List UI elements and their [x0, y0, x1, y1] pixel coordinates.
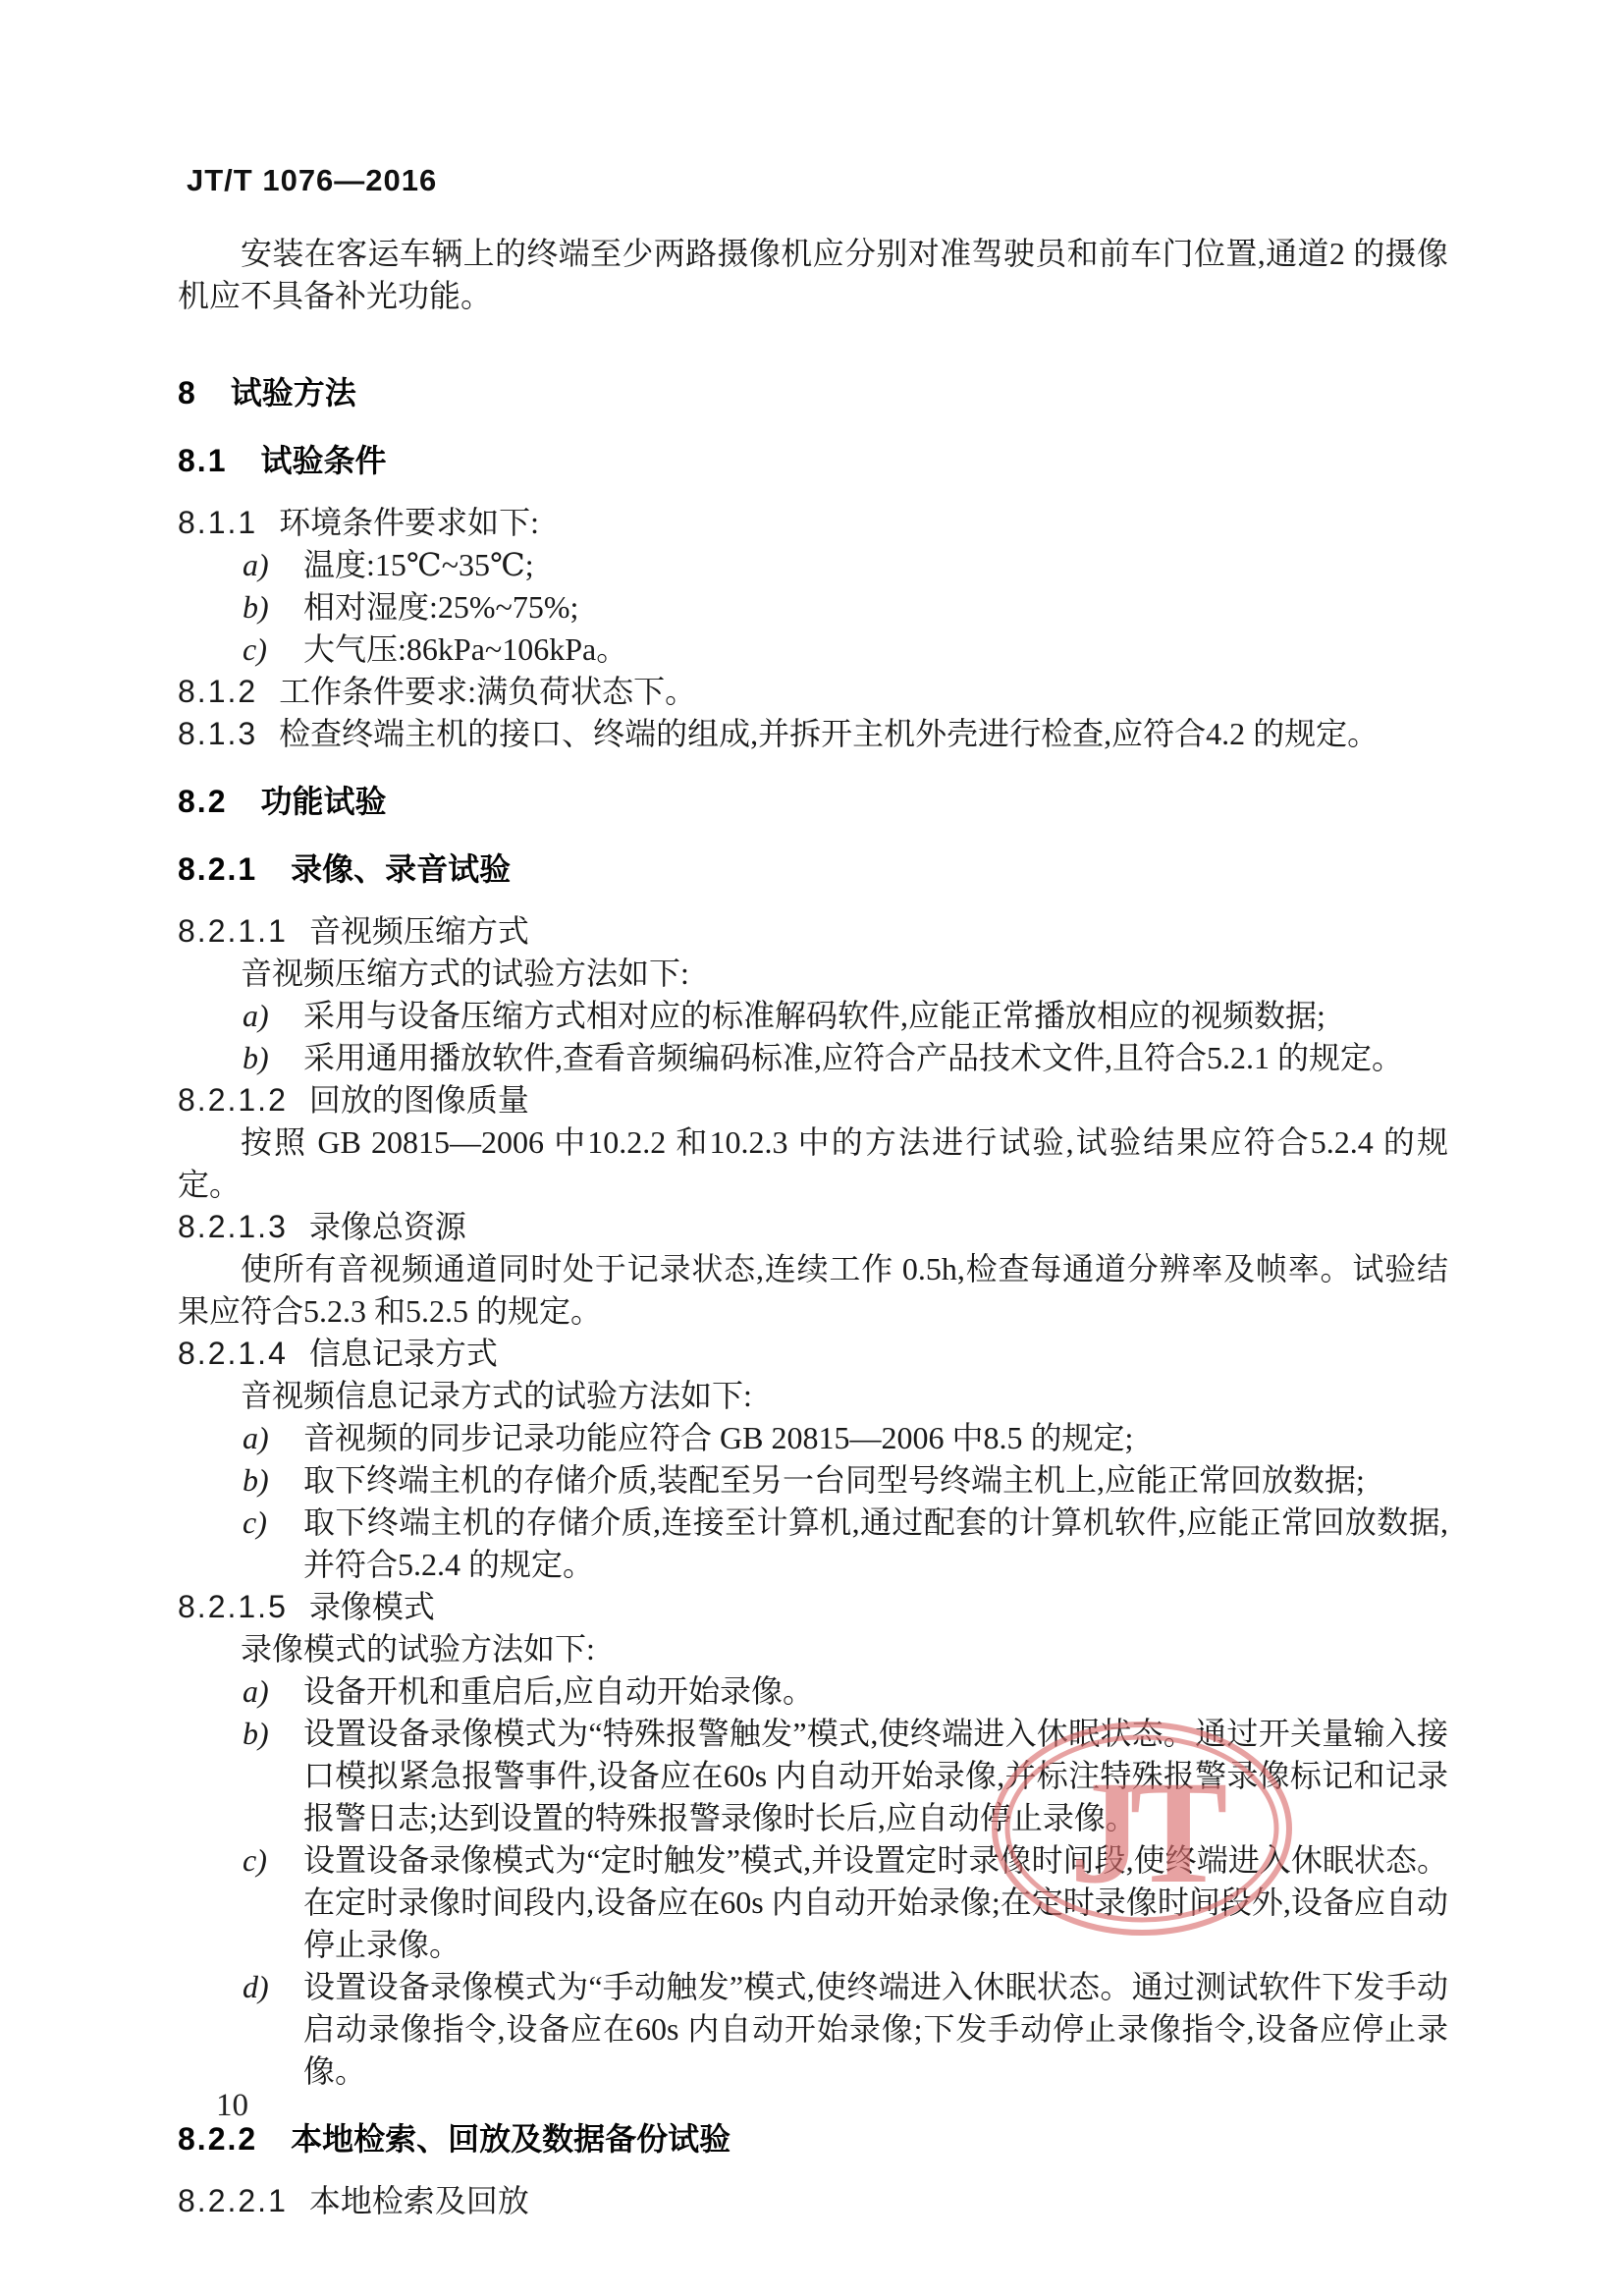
list-item-text: 设备开机和重启后,应自动开始录像。: [303, 1673, 814, 1709]
section-number: 8.1: [178, 440, 227, 482]
list-item-marker: a): [243, 544, 269, 586]
section-number: 8.2.1.2: [178, 1079, 288, 1121]
list-item-marker: a): [243, 995, 269, 1037]
list-item-text: 相对湿度:25%~75%;: [303, 589, 578, 625]
list-item-text: 温度:15℃~35℃;: [303, 547, 534, 582]
list-item: c)设置设备录像模式为“定时触发”模式,并设置定时录像时间段,使终端进入休眠状态…: [178, 1839, 1448, 1966]
section-title: 环境条件要求如下:: [279, 505, 539, 540]
document-body: 安装在客运车辆上的终端至少两路摄像机应分别对准驾驶员和前车门位置,通道2 的摄像…: [178, 233, 1448, 2222]
list-item-marker: b): [243, 1713, 269, 1755]
section-number: 8.1.1: [178, 502, 257, 544]
section-heading-8.2.1.2: 8.2.1.2回放的图像质量: [178, 1079, 1448, 1121]
section-heading-8.2.1: 8.2.1录像、录音试验: [178, 848, 1448, 891]
list-item-marker: d): [243, 1966, 269, 2008]
list-item: c)取下终端主机的存储介质,连接至计算机,通过配套的计算机软件,应能正常回放数据…: [178, 1502, 1448, 1586]
list-item: a)音视频的同步记录功能应符合 GB 20815—2006 中8.5 的规定;: [178, 1417, 1448, 1459]
paragraph: 录像模式的试验方法如下:: [178, 1628, 1448, 1670]
page-number: 10: [216, 2088, 248, 2124]
section-title: 本地检索、回放及数据备份试验: [291, 2121, 730, 2157]
list-item-text: 采用通用播放软件,查看音频编码标准,应符合产品技术文件,且符合5.2.1 的规定…: [303, 1040, 1403, 1075]
paragraph-text: 按照 GB 20815—2006 中10.2.2 和10.2.3 中的方法进行试…: [178, 1124, 1448, 1202]
paragraph-text: 安装在客运车辆上的终端至少两路摄像机应分别对准驾驶员和前车门位置,通道2 的摄像…: [178, 236, 1448, 313]
section-title: 试验方法: [231, 375, 356, 410]
list-item-marker: b): [243, 1459, 269, 1502]
section-heading-8.1.3: 8.1.3检查终端主机的接口、终端的组成,并拆开主机外壳进行检查,应符合4.2 …: [178, 713, 1448, 755]
list-item: b)相对湿度:25%~75%;: [178, 586, 1448, 629]
section-number: 8.2.1.5: [178, 1586, 288, 1628]
section-number: 8.1.2: [178, 671, 257, 713]
list-item-marker: c): [243, 629, 267, 671]
list-item: c)大气压:86kPa~106kPa。: [178, 629, 1448, 671]
section-title: 回放的图像质量: [309, 1082, 529, 1118]
list-item-marker: b): [243, 586, 269, 629]
list-item: a)温度:15℃~35℃;: [178, 544, 1448, 586]
section-heading-8.1: 8.1试验条件: [178, 440, 1448, 482]
section-number: 8.2.2.1: [178, 2180, 288, 2222]
paragraph: 按照 GB 20815—2006 中10.2.2 和10.2.3 中的方法进行试…: [178, 1121, 1448, 1206]
list-item-text: 取下终端主机的存储介质,连接至计算机,通过配套的计算机软件,应能正常回放数据,并…: [303, 1504, 1448, 1582]
section-heading-8.1.1: 8.1.1环境条件要求如下:: [178, 502, 1448, 544]
section-title: 试验条件: [260, 443, 386, 478]
section-title: 信息记录方式: [309, 1336, 498, 1371]
section-number: 8.2.1: [178, 848, 257, 891]
document-page: JT/T 1076—2016 安装在客运车辆上的终端至少两路摄像机应分别对准驾驶…: [0, 0, 1623, 2296]
section-heading-8.2.1.1: 8.2.1.1音视频压缩方式: [178, 910, 1448, 953]
section-title: 录像模式: [309, 1589, 435, 1624]
section-number: 8.2.2: [178, 2118, 257, 2160]
section-title: 音视频压缩方式: [309, 913, 529, 949]
standard-number-header: JT/T 1076—2016: [187, 163, 437, 198]
list-item-text: 音视频的同步记录功能应符合 GB 20815—2006 中8.5 的规定;: [303, 1420, 1133, 1455]
paragraph-text: 使所有音视频通道同时处于记录状态,连续工作 0.5h,检查每通道分辨率及帧率。试…: [178, 1251, 1448, 1329]
list-item-text: 大气压:86kPa~106kPa。: [303, 631, 627, 667]
section-heading-8.2.1.3: 8.2.1.3录像总资源: [178, 1206, 1448, 1248]
paragraph-text: 音视频信息记录方式的试验方法如下:: [241, 1378, 752, 1413]
list-item-marker: c): [243, 1502, 267, 1544]
section-number: 8.2.1.3: [178, 1206, 288, 1248]
section-heading-8.2: 8.2功能试验: [178, 781, 1448, 823]
section-title: 功能试验: [260, 784, 386, 819]
section-heading-8: 8试验方法: [178, 372, 1448, 414]
section-number: 8: [178, 372, 197, 414]
paragraph: 安装在客运车辆上的终端至少两路摄像机应分别对准驾驶员和前车门位置,通道2 的摄像…: [178, 233, 1448, 317]
list-item-text: 取下终端主机的存储介质,装配至另一台同型号终端主机上,应能正常回放数据;: [303, 1462, 1365, 1498]
list-item: a)设备开机和重启后,应自动开始录像。: [178, 1670, 1448, 1713]
section-title: 工作条件要求:满负荷状态下。: [279, 674, 696, 709]
section-heading-8.2.2: 8.2.2本地检索、回放及数据备份试验: [178, 2118, 1448, 2160]
section-heading-8.2.2.1: 8.2.2.1本地检索及回放: [178, 2180, 1448, 2222]
list-item-marker: a): [243, 1417, 269, 1459]
section-title: 录像、录音试验: [291, 851, 511, 887]
paragraph: 使所有音视频通道同时处于记录状态,连续工作 0.5h,检查每通道分辨率及帧率。试…: [178, 1248, 1448, 1333]
paragraph: 音视频信息记录方式的试验方法如下:: [178, 1375, 1448, 1417]
section-heading-8.1.2: 8.1.2工作条件要求:满负荷状态下。: [178, 671, 1448, 713]
section-heading-8.2.1.4: 8.2.1.4信息记录方式: [178, 1333, 1448, 1375]
list-item-text: 设置设备录像模式为“特殊报警触发”模式,使终端进入休眠状态。通过开关量输入接口模…: [303, 1716, 1448, 1835]
list-item: a)采用与设备压缩方式相对应的标准解码软件,应能正常播放相应的视频数据;: [178, 995, 1448, 1037]
section-title: 检查终端主机的接口、终端的组成,并拆开主机外壳进行检查,应符合4.2 的规定。: [279, 716, 1379, 751]
paragraph-text: 录像模式的试验方法如下:: [241, 1631, 595, 1667]
list-item: b)设置设备录像模式为“特殊报警触发”模式,使终端进入休眠状态。通过开关量输入接…: [178, 1713, 1448, 1839]
paragraph-text: 音视频压缩方式的试验方法如下:: [241, 956, 689, 991]
section-title: 录像总资源: [309, 1209, 466, 1244]
list-item-text: 设置设备录像模式为“定时触发”模式,并设置定时录像时间段,使终端进入休眠状态。在…: [303, 1842, 1448, 1962]
section-number: 8.2.1.1: [178, 910, 288, 953]
list-item: b)采用通用播放软件,查看音频编码标准,应符合产品技术文件,且符合5.2.1 的…: [178, 1037, 1448, 1079]
section-title: 本地检索及回放: [309, 2183, 529, 2218]
list-item: d)设置设备录像模式为“手动触发”模式,使终端进入休眠状态。通过测试软件下发手动…: [178, 1966, 1448, 2093]
list-item: b)取下终端主机的存储介质,装配至另一台同型号终端主机上,应能正常回放数据;: [178, 1459, 1448, 1502]
list-item-marker: a): [243, 1670, 269, 1713]
list-item-marker: c): [243, 1839, 267, 1882]
section-heading-8.2.1.5: 8.2.1.5录像模式: [178, 1586, 1448, 1628]
list-item-text: 采用与设备压缩方式相对应的标准解码软件,应能正常播放相应的视频数据;: [303, 998, 1325, 1033]
section-number: 8.1.3: [178, 713, 257, 755]
list-item-marker: b): [243, 1037, 269, 1079]
section-number: 8.2: [178, 781, 227, 823]
paragraph: 音视频压缩方式的试验方法如下:: [178, 953, 1448, 995]
section-number: 8.2.1.4: [178, 1333, 288, 1375]
list-item-text: 设置设备录像模式为“手动触发”模式,使终端进入休眠状态。通过测试软件下发手动启动…: [303, 1969, 1448, 2089]
